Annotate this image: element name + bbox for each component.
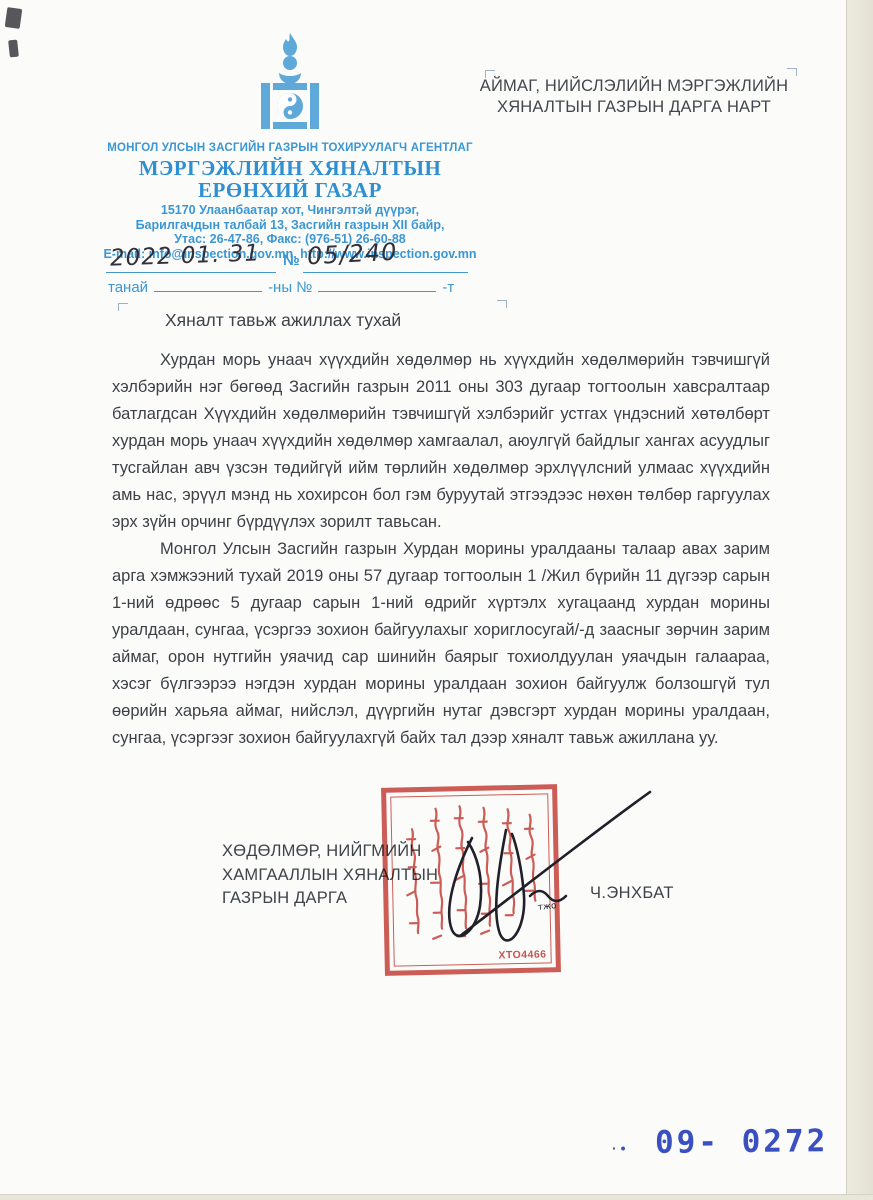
subject-line: Хяналт тавьж ажиллах тухай	[165, 310, 401, 331]
registration-number-stamp: 09- 0272	[655, 1123, 829, 1161]
corner-mark	[497, 300, 507, 308]
letter-body: Хурдан морь унаач хүүхдийн хөдөлмөр нь х…	[112, 347, 770, 752]
footer-dots: ·•	[612, 1140, 630, 1156]
ink-smudge	[5, 7, 23, 29]
organization-name-line2: ЕРӨНХИЙ ГАЗАР	[80, 179, 500, 201]
corner-mark	[787, 68, 797, 76]
organization-name-line1: МЭРГЭЖЛИЙН ХЯНАЛТЫН	[80, 157, 500, 179]
scan-edge-right	[846, 0, 873, 1200]
scanned-letter-page: МОНГОЛ УЛСЫН ЗАСГИЙН ГАЗРЫН ТОХИРУУЛАГЧ …	[0, 0, 873, 1200]
address-line1: 15170 Улаанбаатар хот, Чингэлтэй дүүрэг,	[60, 203, 520, 218]
number-underline	[303, 272, 468, 273]
organization-name: МЭРГЭЖЛИЙН ХЯНАЛТЫН ЕРӨНХИЙ ГАЗАР	[80, 157, 500, 201]
address-line2: Барилгачдын талбай 13, Засгийн газрын XI…	[60, 218, 520, 233]
corner-mark	[118, 303, 128, 311]
handwritten-number: 05/240	[306, 238, 398, 271]
handwritten-signature: тжо	[388, 778, 688, 988]
svg-text:тжо: тжо	[537, 901, 557, 913]
body-paragraph-1: Хурдан морь унаач хүүхдийн хөдөлмөр нь х…	[112, 347, 770, 536]
recipient-line1: АЙМАГ, НИЙСЛЭЛИЙН МЭРГЭЖЛИЙН	[473, 76, 795, 97]
scan-edge-bottom	[0, 1194, 873, 1200]
blank-line	[318, 278, 436, 292]
your-ref-suffix: -т	[442, 279, 454, 296]
body-paragraph-2: Монгол Улсын Засгийн газрын Хурдан морин…	[112, 536, 770, 752]
agency-line: МОНГОЛ УЛСЫН ЗАСГИЙН ГАЗРЫН ТОХИРУУЛАГЧ …	[80, 142, 500, 154]
your-ref-prefix: танай	[108, 279, 148, 296]
number-symbol: №	[283, 252, 300, 269]
soyombo-emblem-icon	[253, 33, 327, 137]
date-underline	[106, 272, 276, 273]
your-ref-middle: -ны №	[268, 279, 312, 296]
blank-line	[154, 278, 262, 292]
handwritten-date: 2022 01. 31	[110, 240, 261, 271]
recipient-block: АЙМАГ, НИЙСЛЭЛИЙН МЭРГЭЖЛИЙН ХЯНАЛТЫН ГА…	[473, 76, 795, 118]
recipient-line2: ХЯНАЛТЫН ГАЗРЫН ДАРГА НАРТ	[473, 97, 795, 118]
reference-line: 2022 01. 31 № 05/240	[100, 244, 480, 276]
your-reference-line: танай-ны №-т	[108, 278, 488, 296]
ink-smudge	[8, 40, 19, 58]
